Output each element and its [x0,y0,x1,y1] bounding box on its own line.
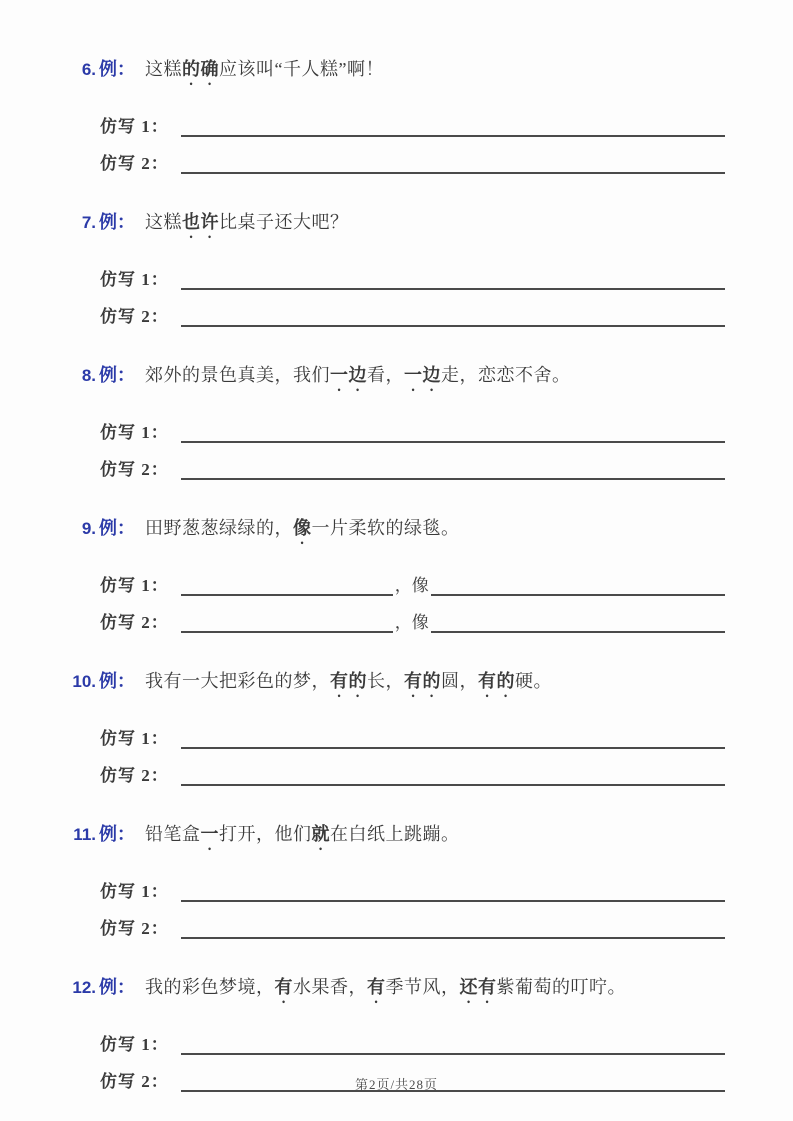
item-number: 9. [66,516,96,542]
answer-line: 仿写 1： [100,413,725,443]
example-sentence: 我的彩色梦境，有水果香，有季节风，还有紫葡萄的叮咛。 [145,974,626,1007]
example-sentence: 这糕也许比桌子还大吧？ [145,209,349,242]
example-line: 6. 例： 这糕的确应该叫“千人糕”啊！ [66,56,725,89]
item-number: 7. [66,210,96,236]
exercise-list: 6. 例： 这糕的确应该叫“千人糕”啊！ 仿写 1：仿写 2： 7. 例： 这糕… [66,56,725,1092]
plain-text: 打开，他们 [219,824,312,844]
example-line: 7. 例： 这糕也许比桌子还大吧？ [66,209,725,242]
plain-text: 季节风， [386,977,460,997]
item-number: 8. [66,363,96,389]
blank-line [181,609,393,633]
emphasized-text: 有的 [404,671,441,691]
example-line: 8. 例： 郊外的景色真美，我们一边看，一边走，恋恋不舍。 [66,362,725,395]
example-label: 例： [99,668,135,694]
blank-line [431,609,725,633]
answer-line-label: 仿写 2： [100,149,169,174]
emphasized-text: 有的 [478,671,515,691]
blank-line [181,303,725,327]
answer-line-label: 仿写 1： [100,1030,169,1055]
answer-line: 仿写 2： [100,144,725,174]
mid-text: ，像 [395,571,429,596]
example-label: 例： [99,974,135,1000]
answer-line: 仿写 1： [100,1025,725,1055]
example-sentence: 我有一大把彩色的梦，有的长，有的圆，有的硬。 [145,668,552,701]
emphasized-text: 一 [201,824,220,844]
plain-text: 我的彩色梦境， [145,977,275,997]
emphasized-text: 的确 [182,59,219,79]
worksheet-page: 6. 例： 这糕的确应该叫“千人糕”啊！ 仿写 1：仿写 2： 7. 例： 这糕… [0,0,793,1121]
answer-lines: 仿写 1：仿写 2： [66,107,725,174]
example-label: 例： [99,209,135,235]
answer-line-label: 仿写 2： [100,608,169,633]
answer-lines: 仿写 1：仿写 2： [66,719,725,786]
example-label: 例： [99,362,135,388]
example-line: 11. 例： 铅笔盒一打开，他们就在白纸上跳蹦。 [66,821,725,854]
item-number: 12. [66,975,96,1001]
plain-text: 看， [367,365,404,385]
blank-line [181,878,725,902]
emphasized-text: 一边 [404,365,441,385]
exercise-item: 9. 例： 田野葱葱绿绿的，像一片柔软的绿毯。 仿写 1：，像仿写 2：，像 [66,515,725,633]
item-number: 11. [66,822,96,848]
emphasized-text: 也许 [182,212,219,232]
emphasized-text: 还有 [460,977,497,997]
mid-text: ，像 [395,608,429,633]
plain-text: 铅笔盒 [145,824,201,844]
answer-line: 仿写 2： [100,909,725,939]
answer-line: 仿写 2： [100,297,725,327]
plain-text: 这糕 [145,212,182,232]
exercise-item: 11. 例： 铅笔盒一打开，他们就在白纸上跳蹦。 仿写 1：仿写 2： [66,821,725,939]
example-label: 例： [99,821,135,847]
example-label: 例： [99,515,135,541]
answer-line: 仿写 2： [100,756,725,786]
example-sentence: 这糕的确应该叫“千人糕”啊！ [145,56,384,89]
answer-line-label: 仿写 1： [100,112,169,137]
answer-line: 仿写 1： [100,872,725,902]
plain-text: 长， [367,671,404,691]
answer-lines: 仿写 1：仿写 2： [66,260,725,327]
exercise-item: 7. 例： 这糕也许比桌子还大吧？ 仿写 1：仿写 2： [66,209,725,327]
page-footer: 第2页/共28页 [0,1074,793,1093]
answer-line-label: 仿写 1： [100,877,169,902]
answer-line-label: 仿写 2： [100,914,169,939]
item-number: 6. [66,57,96,83]
answer-line: 仿写 1： [100,107,725,137]
blank-line [181,762,725,786]
blank-line [181,915,725,939]
answer-line-label: 仿写 2： [100,455,169,480]
blank-line [181,113,725,137]
emphasized-text: 一边 [330,365,367,385]
blank-line [181,456,725,480]
answer-line-label: 仿写 2： [100,761,169,786]
exercise-item: 6. 例： 这糕的确应该叫“千人糕”啊！ 仿写 1：仿写 2： [66,56,725,174]
blank-line [181,725,725,749]
example-sentence: 铅笔盒一打开，他们就在白纸上跳蹦。 [145,821,460,854]
answer-line: 仿写 1： [100,260,725,290]
answer-line: 仿写 2：，像 [100,603,725,633]
emphasized-text: 像 [293,518,312,538]
answer-line: 仿写 2： [100,450,725,480]
blank-line [181,1031,725,1055]
plain-text: 比桌子还大吧？ [219,212,349,232]
plain-text: 郊外的景色真美，我们 [145,365,330,385]
blank-line [181,419,725,443]
example-line: 12. 例： 我的彩色梦境，有水果香，有季节风，还有紫葡萄的叮咛。 [66,974,725,1007]
plain-text: 水果香， [293,977,367,997]
example-line: 9. 例： 田野葱葱绿绿的，像一片柔软的绿毯。 [66,515,725,548]
plain-text: 走，恋恋不舍。 [441,365,571,385]
answer-lines: 仿写 1：仿写 2： [66,413,725,480]
plain-text: 硬。 [515,671,552,691]
answer-lines: 仿写 1：，像仿写 2：，像 [66,566,725,633]
plain-text: 应该叫“千人糕”啊！ [219,59,384,79]
example-sentence: 郊外的景色真美，我们一边看，一边走，恋恋不舍。 [145,362,571,395]
answer-lines: 仿写 1：仿写 2： [66,872,725,939]
plain-text: 紫葡萄的叮咛。 [497,977,627,997]
answer-line: 仿写 1：，像 [100,566,725,596]
plain-text: 在白纸上跳蹦。 [330,824,460,844]
plain-text: 我有一大把彩色的梦， [145,671,330,691]
emphasized-text: 有的 [330,671,367,691]
blank-line [181,572,393,596]
blank-line [431,572,725,596]
emphasized-text: 就 [312,824,331,844]
example-sentence: 田野葱葱绿绿的，像一片柔软的绿毯。 [145,515,460,548]
answer-line-label: 仿写 1： [100,571,169,596]
item-number: 10. [66,669,96,695]
blank-line [181,150,725,174]
plain-text: 圆， [441,671,478,691]
blank-line [181,266,725,290]
answer-line-label: 仿写 1： [100,265,169,290]
answer-line-label: 仿写 2： [100,302,169,327]
emphasized-text: 有 [275,977,294,997]
exercise-item: 10. 例： 我有一大把彩色的梦，有的长，有的圆，有的硬。 仿写 1：仿写 2： [66,668,725,786]
plain-text: 一片柔软的绿毯。 [312,518,460,538]
exercise-item: 8. 例： 郊外的景色真美，我们一边看，一边走，恋恋不舍。 仿写 1：仿写 2： [66,362,725,480]
answer-line: 仿写 1： [100,719,725,749]
emphasized-text: 有 [367,977,386,997]
plain-text: 这糕 [145,59,182,79]
answer-line-label: 仿写 1： [100,724,169,749]
example-label: 例： [99,56,135,82]
example-line: 10. 例： 我有一大把彩色的梦，有的长，有的圆，有的硬。 [66,668,725,701]
answer-line-label: 仿写 1： [100,418,169,443]
plain-text: 田野葱葱绿绿的， [145,518,293,538]
